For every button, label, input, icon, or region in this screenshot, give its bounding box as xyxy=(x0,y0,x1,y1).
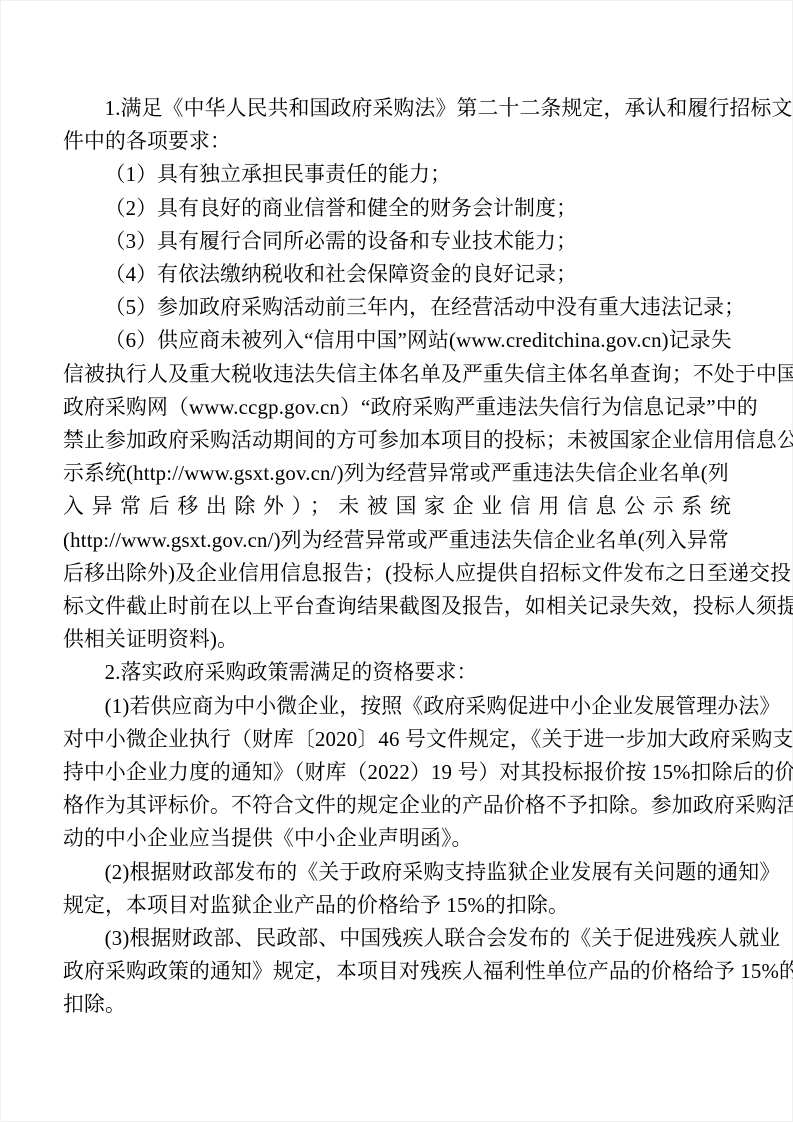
text-line: 件中的各项要求： xyxy=(63,125,731,158)
text-line: （2）具有良好的商业信誉和健全的财务会计制度； xyxy=(63,192,731,225)
text-line: 示系统(http://www.gsxt.gov.cn/)列为经营异常或严重违法失… xyxy=(63,457,731,490)
text-line: 持中小企业力度的通知》（财库（2022）19 号）对其投标报价按 15%扣除后的… xyxy=(63,756,731,789)
text-line: 信被执行人及重大税收违法失信主体名单及严重失信主体名单查询；不处于中国 xyxy=(63,358,731,391)
text-line: （5）参加政府采购活动前三年内，在经营活动中没有重大违法记录； xyxy=(63,291,731,324)
text-line: (2)根据财政部发布的《关于政府采购支持监狱企业发展有关问题的通知》 xyxy=(63,856,731,889)
text-line: 扣除。 xyxy=(63,988,731,1021)
text-line: （6）供应商未被列入“信用中国”网站(www.creditchina.gov.c… xyxy=(63,324,731,357)
text-line: （3）具有履行合同所必需的设备和专业技术能力； xyxy=(63,225,731,258)
text-line: 规定，本项目对监狱企业产品的价格给予 15%的扣除。 xyxy=(63,889,731,922)
text-line: （1）具有独立承担民事责任的能力； xyxy=(63,158,731,191)
text-line: 动的中小企业应当提供《中小企业声明函》。 xyxy=(63,822,731,855)
text-line: 标文件截止时前在以上平台查询结果截图及报告，如相关记录失效，投标人须提 xyxy=(63,590,731,623)
text-line: (http://www.gsxt.gov.cn/)列为经营异常或严重违法失信企业… xyxy=(63,524,731,557)
text-line: 后移出除外)及企业信用信息报告；(投标人应提供自招标文件发布之日至递交投 xyxy=(63,557,731,590)
text-line: 2.落实政府采购政策需满足的资格要求： xyxy=(63,656,731,689)
document-body: 1.满足《中华人民共和国政府采购法》第二十二条规定，承认和履行招标文件中的各项要… xyxy=(63,92,731,1022)
text-line: 入异常后移出除外）；未被国家企业信用信息公示系统 xyxy=(63,490,731,523)
text-line: 供相关证明资料)。 xyxy=(63,623,731,656)
text-line: 格作为其评标价。不符合文件的规定企业的产品价格不予扣除。参加政府采购活 xyxy=(63,789,731,822)
text-line: 1.满足《中华人民共和国政府采购法》第二十二条规定，承认和履行招标文 xyxy=(63,92,731,125)
text-line: 政府采购政策的通知》规定，本项目对残疾人福利性单位产品的价格给予 15%的 xyxy=(63,955,731,988)
text-line: 禁止参加政府采购活动期间的方可参加本项目的投标；未被国家企业信用信息公 xyxy=(63,424,731,457)
text-line: (3)根据财政部、民政部、中国残疾人联合会发布的《关于促进残疾人就业 xyxy=(63,922,731,955)
text-line: (1)若供应商为中小微企业，按照《政府采购促进中小企业发展管理办法》 xyxy=(63,690,731,723)
text-line: 对中小微企业执行（财库〔2020〕46 号文件规定，《关于进一步加大政府采购支 xyxy=(63,723,731,756)
document-page: 1.满足《中华人民共和国政府采购法》第二十二条规定，承认和履行招标文件中的各项要… xyxy=(0,0,793,1122)
text-line: 政府采购网（www.ccgp.gov.cn）“政府采购严重违法失信行为信息记录”… xyxy=(63,391,731,424)
text-line: （4）有依法缴纳税收和社会保障资金的良好记录； xyxy=(63,258,731,291)
